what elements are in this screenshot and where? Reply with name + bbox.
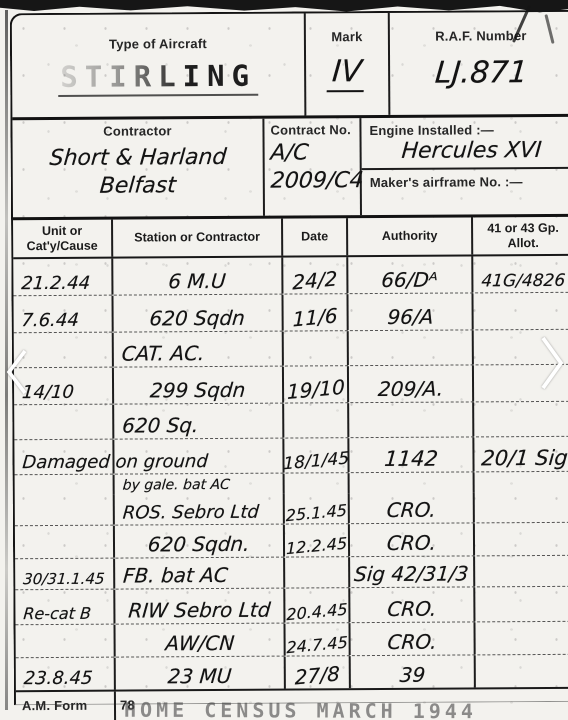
log-cell: CRO. — [350, 492, 475, 523]
mark-cell: Mark IV — [306, 13, 391, 116]
log-cell: 23.8.45 — [16, 658, 116, 691]
log-cell: by gale. bat AC — [115, 474, 285, 495]
contract-no-label: Contract No. — [270, 122, 359, 138]
log-cell: 20.4.45 — [285, 588, 350, 622]
contractor-value-line1: Short & Harland — [48, 144, 227, 173]
scanned-record-page: { "header": { "type_label": "Type of Air… — [0, 0, 568, 720]
log-header-row: Unit or Cat'y/Cause Station or Contracto… — [13, 217, 568, 259]
type-of-aircraft-cell: Type of Aircraft STIRLING — [12, 13, 307, 117]
log-cell: 620 Sq. — [114, 404, 284, 439]
log-cell: 620 Sqdn. — [115, 525, 285, 558]
log-cell: 209/A. — [349, 365, 474, 402]
next-image-button[interactable] — [539, 334, 565, 392]
log-cell: 12.2.45 — [285, 524, 350, 556]
raf-number-cell: R.A.F. Number LJ.871 — [390, 12, 568, 115]
log-cell: 299 Sqdn — [114, 367, 284, 404]
log-cell: 27/8 — [286, 656, 351, 688]
log-cell: Damaged on ground — [14, 440, 114, 475]
log-cell — [285, 473, 350, 493]
log-cell: 24/2 — [283, 257, 348, 293]
log-row: Damaged on ground 18/1/45 1142 20/1 Sig — [14, 437, 568, 475]
log-row: 7.6.44 620 Sqdn 11/6 96/A — [13, 293, 568, 333]
log-cell — [15, 526, 115, 559]
log-cell: 24.7.45 — [285, 623, 350, 655]
log-cell: 620 Sqdn — [113, 295, 283, 332]
contractor-label: Contractor — [12, 123, 262, 140]
log-cell: FB. bat AC — [115, 558, 285, 589]
form-footer: A.M. Form 78 HOME CENSUS MARCH 1944 — [16, 689, 568, 720]
log-cell: 7.6.44 — [13, 296, 113, 333]
contract-section: Contractor Short & Harland Belfast Contr… — [12, 117, 568, 220]
log-cell — [474, 402, 568, 437]
chevron-right-icon — [539, 334, 565, 392]
type-of-aircraft-label: Type of Aircraft — [12, 35, 304, 52]
mark-label: Mark — [306, 29, 388, 45]
log-cell — [14, 405, 114, 440]
log-cell — [475, 556, 568, 587]
raf-number-label: R.A.F. Number — [390, 28, 568, 44]
engine-installed-label: Engine Installed :— — [369, 122, 494, 138]
log-cell — [14, 333, 114, 368]
log-cell — [475, 587, 568, 622]
log-row: ROS. Sebro Ltd 25.1.45 CRO. — [15, 492, 568, 526]
log-cell — [349, 330, 474, 365]
col-header-station: Station or Contractor — [113, 219, 283, 257]
log-cell: Re-cat B — [15, 590, 115, 625]
log-cell: 18/1/45 — [284, 438, 349, 472]
log-cell: RIW Sebro Ltd — [115, 589, 285, 624]
aircraft-type-value: STIRLING — [58, 59, 258, 97]
form-label-cell: A.M. Form — [16, 692, 116, 720]
log-row: AW/CN 24.7.45 CRO. — [15, 622, 568, 658]
log-cell — [350, 472, 475, 493]
log-cell: 41G/4826 — [473, 256, 568, 293]
log-cell: 20/1 Sig — [474, 437, 568, 472]
raf-number-value: LJ.871 — [434, 55, 529, 91]
log-cell: ROS. Sebro Ltd — [115, 494, 285, 525]
airframe-no-block: Maker's airframe No. :— — [362, 169, 568, 192]
aircraft-identity-section: Type of Aircraft STIRLING Mark IV R.A.F.… — [12, 12, 568, 120]
log-row: CAT. AC. — [14, 330, 568, 368]
log-cell: 96/A — [348, 293, 473, 330]
census-stamp: HOME CENSUS MARCH 1944 — [124, 698, 477, 720]
log-cell: CRO. — [350, 587, 475, 622]
engine-installed-block: Engine Installed :— Hercules XVI — [361, 117, 568, 170]
log-cell: 14/10 — [14, 368, 114, 405]
log-cell — [475, 492, 568, 523]
am-form-label: A.M. Form — [22, 698, 87, 713]
log-cell: 21.2.44 — [13, 259, 113, 296]
log-cell — [476, 655, 568, 688]
log-cell: 1142 — [349, 437, 474, 472]
log-row: 21.2.44 6 M.U 24/2 66/Dᴬ 41G/4826 — [13, 256, 568, 296]
engine-value: Hercules XVI — [400, 137, 542, 165]
mark-value: IV — [327, 54, 367, 92]
log-cell — [284, 331, 349, 365]
col-header-date: Date — [283, 218, 348, 255]
movement-log-table: Unit or Cat'y/Cause Station or Contracto… — [13, 217, 568, 692]
contract-no-cell: Contract No. A/C 2009/C4 — [264, 118, 362, 216]
col-header-authority: Authority — [348, 217, 473, 255]
chevron-left-icon — [6, 348, 28, 396]
log-cell: 19/10 — [284, 366, 349, 402]
log-cell — [15, 475, 115, 496]
contract-no-value-line2: 2009/C4 — [270, 167, 365, 195]
col-header-unit: Unit or Cat'y/Cause — [13, 220, 113, 258]
log-cell — [284, 403, 349, 437]
log-cell: CRO. — [350, 622, 475, 655]
log-cell — [285, 557, 350, 587]
log-cell: 25.1.45 — [285, 493, 350, 523]
engine-cell: Engine Installed :— Hercules XVI Maker's… — [361, 117, 568, 215]
log-cell — [15, 625, 115, 658]
log-cell: 30/31.1.45 — [15, 559, 115, 590]
log-cell — [475, 472, 568, 493]
contract-no-value-line1: A/C — [269, 139, 309, 167]
am-form-78-card: Type of Aircraft STIRLING Mark IV R.A.F.… — [10, 10, 568, 705]
log-cell: 6 M.U — [113, 258, 283, 295]
contractor-value-line2: Belfast — [99, 172, 177, 200]
log-cell: AW/CN — [115, 624, 285, 657]
log-cell: 23 MU — [116, 657, 286, 690]
log-row: Re-cat B RIW Sebro Ltd 20.4.45 CRO. — [15, 587, 568, 625]
log-cell: 11/6 — [283, 294, 348, 330]
prev-image-button[interactable] — [6, 348, 28, 396]
contractor-cell: Contractor Short & Harland Belfast — [12, 119, 265, 218]
log-cell — [473, 293, 568, 330]
log-cell: 39 — [351, 655, 476, 688]
log-cell — [349, 402, 474, 437]
log-cell — [475, 622, 568, 655]
log-cell: CRO. — [350, 523, 475, 556]
log-cell: Sig 42/31/3 — [350, 556, 475, 587]
log-cell — [475, 523, 568, 556]
col-header-allot: 41 or 43 Gp. Allot. — [473, 217, 568, 255]
airframe-no-label: Maker's airframe No. :— — [370, 174, 523, 190]
log-row: 23.8.45 23 MU 27/8 39 — [16, 655, 568, 692]
log-row: 14/10 299 Sqdn 19/10 209/A. — [14, 365, 568, 405]
log-cell: 66/Dᴬ — [348, 256, 473, 293]
log-row: 620 Sqdn. 12.2.45 CRO. — [15, 523, 568, 559]
log-cell: CAT. AC. — [114, 332, 284, 367]
log-cell — [15, 495, 115, 526]
log-row: 30/31.1.45 FB. bat AC Sig 42/31/3 — [15, 556, 568, 590]
log-row: 620 Sq. — [14, 402, 568, 440]
